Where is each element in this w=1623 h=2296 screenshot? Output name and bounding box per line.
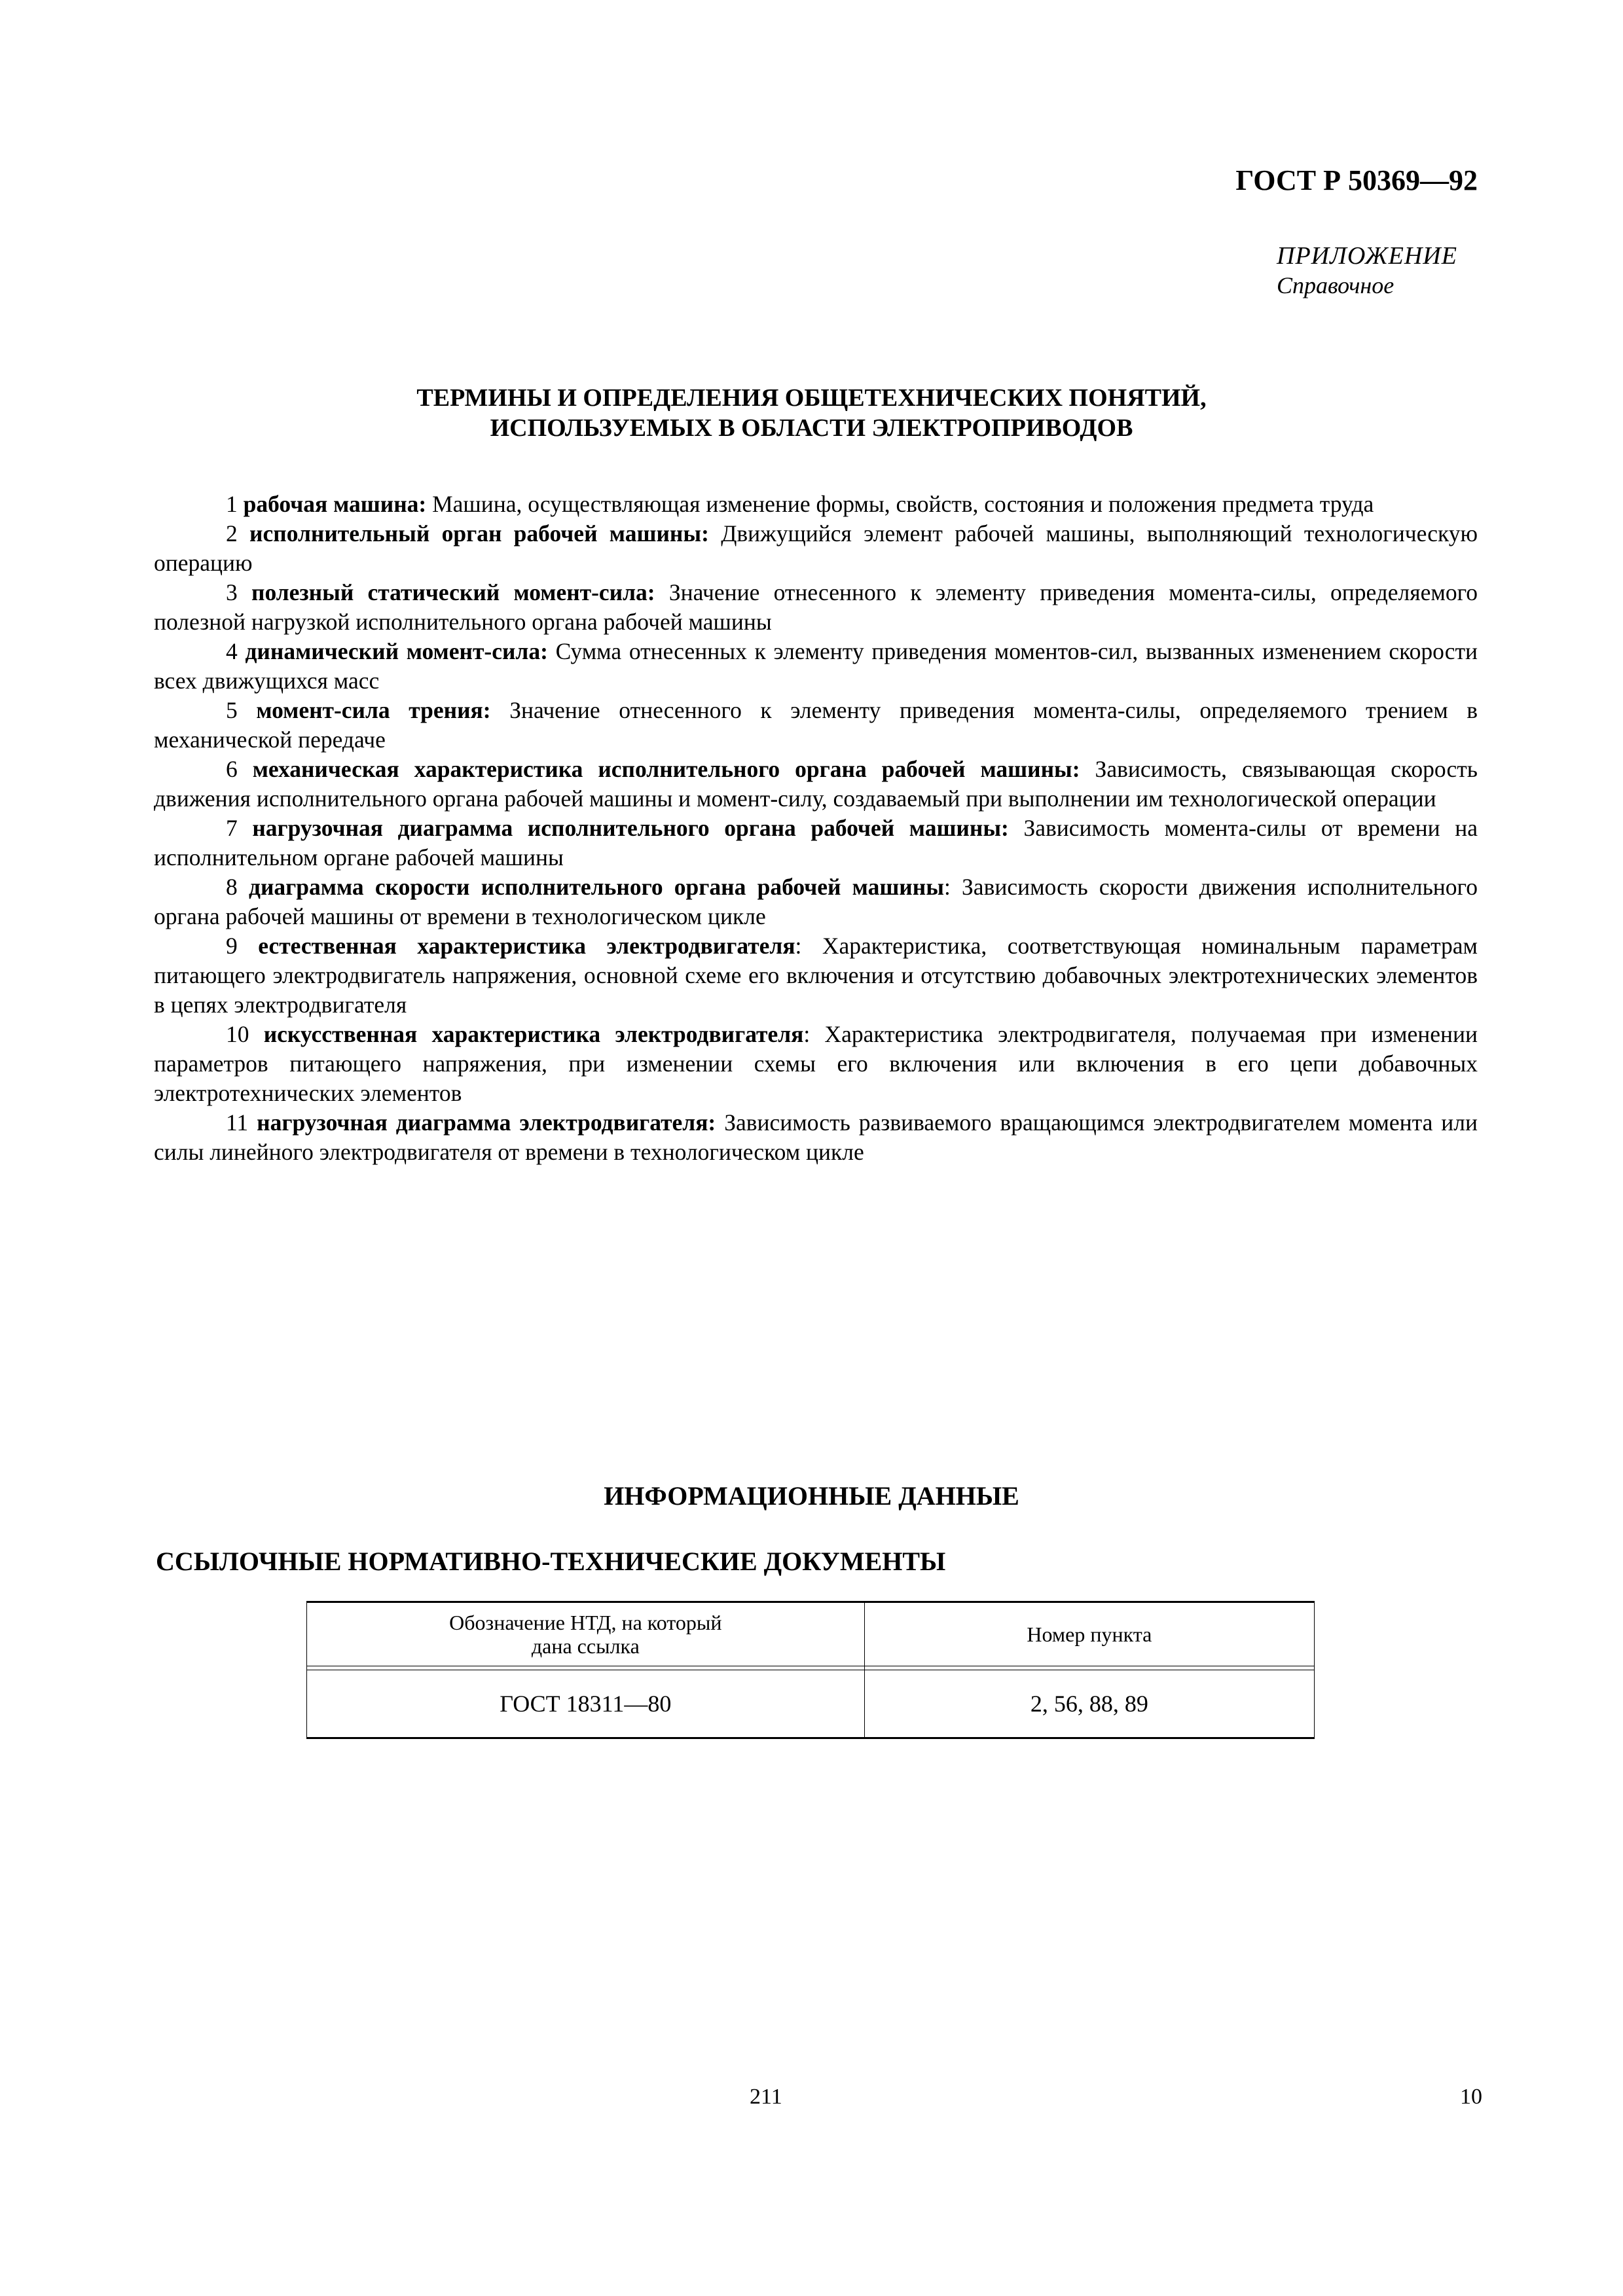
- term-number: 6: [226, 756, 238, 782]
- term-number: 9: [226, 933, 238, 959]
- page-title-line-1: ТЕРМИНЫ И ОПРЕДЕЛЕНИЯ ОБЩЕТЕХНИЧЕСКИХ ПО…: [0, 383, 1623, 413]
- references-section-title: ССЫЛОЧНЫЕ НОРМАТИВНО-ТЕХНИЧЕСКИЕ ДОКУМЕН…: [156, 1546, 945, 1577]
- term-number: 11: [226, 1109, 248, 1136]
- term-name: рабочая машина:: [244, 491, 427, 517]
- term-number: 1: [226, 491, 238, 517]
- term-item: 6 механическая характеристика исполнител…: [154, 755, 1478, 814]
- term-name: исполнительный орган рабочей машины:: [249, 520, 709, 547]
- term-item: 2 исполнительный орган рабочей машины: Д…: [154, 519, 1478, 578]
- table-row: ГОСТ 18311—80 2, 56, 88, 89: [307, 1670, 1315, 1738]
- column-header-clauses: Номер пункта: [864, 1602, 1314, 1666]
- term-name: нагрузочная диаграмма исполнительного ор…: [252, 815, 1009, 841]
- references-table: Обозначение НТД, на который дана ссылка …: [306, 1601, 1315, 1739]
- table-header-row: Обозначение НТД, на который дана ссылка …: [307, 1602, 1315, 1666]
- page-title-line-2: ИСПОЛЬЗУЕМЫХ В ОБЛАСТИ ЭЛЕКТРОПРИВОДОВ: [0, 413, 1623, 443]
- page-number: 211: [750, 2085, 782, 2109]
- term-number: 10: [226, 1021, 249, 1047]
- column-header-document: Обозначение НТД, на который дана ссылка: [307, 1602, 865, 1666]
- term-number: 8: [226, 874, 238, 900]
- terms-list: 1 рабочая машина: Машина, осуществляющая…: [154, 490, 1478, 1167]
- term-name: полезный статический момент-сила:: [251, 579, 655, 605]
- term-item: 8 диаграмма скорости исполнительного орг…: [154, 872, 1478, 931]
- term-name: искусственная характеристика электродвиг…: [264, 1021, 804, 1047]
- term-name: механическая характеристика исполнительн…: [253, 756, 1080, 782]
- term-item: 11 нагрузочная диаграмма электродвигател…: [154, 1108, 1478, 1167]
- term-item: 9 естественная характеристика электродви…: [154, 931, 1478, 1020]
- term-name: динамический момент-сила:: [245, 638, 547, 664]
- term-name: диаграмма скорости исполнительного орган…: [249, 874, 944, 900]
- term-number: 5: [226, 697, 238, 723]
- term-item: 4 динамический момент-сила: Сумма отнесе…: [154, 637, 1478, 696]
- term-name: нагрузочная диаграмма электродвигателя:: [257, 1109, 716, 1136]
- sheet-number: 10: [1460, 2085, 1482, 2109]
- term-number: 4: [226, 638, 238, 664]
- term-name: момент-сила трения:: [256, 697, 490, 723]
- term-number: 3: [226, 579, 238, 605]
- column-header-document-line-2: дана ссылка: [320, 1634, 851, 1658]
- cell-clauses: 2, 56, 88, 89: [864, 1670, 1314, 1738]
- term-number: 7: [226, 815, 238, 841]
- term-item: 5 момент-сила трения: Значение отнесенно…: [154, 696, 1478, 755]
- info-section-title: ИНФОРМАЦИОННЫЕ ДАННЫЕ: [0, 1480, 1623, 1511]
- column-header-document-line-1: Обозначение НТД, на который: [320, 1611, 851, 1634]
- term-definition: Машина, осуществляющая изменение формы, …: [432, 491, 1374, 517]
- appendix-label: ПРИЛОЖЕНИЕ: [1277, 241, 1457, 271]
- term-item: 7 нагрузочная диаграмма исполнительного …: [154, 814, 1478, 872]
- appendix-type: Справочное: [1277, 271, 1457, 300]
- term-item: 1 рабочая машина: Машина, осуществляющая…: [154, 490, 1478, 519]
- term-item: 3 полезный статический момент-сила: Знач…: [154, 578, 1478, 637]
- term-name: естественная характеристика электродвига…: [258, 933, 795, 959]
- term-number: 2: [226, 520, 238, 547]
- page-title: ТЕРМИНЫ И ОПРЕДЕЛЕНИЯ ОБЩЕТЕХНИЧЕСКИХ ПО…: [0, 383, 1623, 443]
- appendix-block: ПРИЛОЖЕНИЕ Справочное: [1277, 241, 1457, 300]
- standard-code: ГОСТ Р 50369—92: [1235, 164, 1478, 197]
- term-item: 10 искусственная характеристика электрод…: [154, 1020, 1478, 1108]
- cell-document: ГОСТ 18311—80: [307, 1670, 865, 1738]
